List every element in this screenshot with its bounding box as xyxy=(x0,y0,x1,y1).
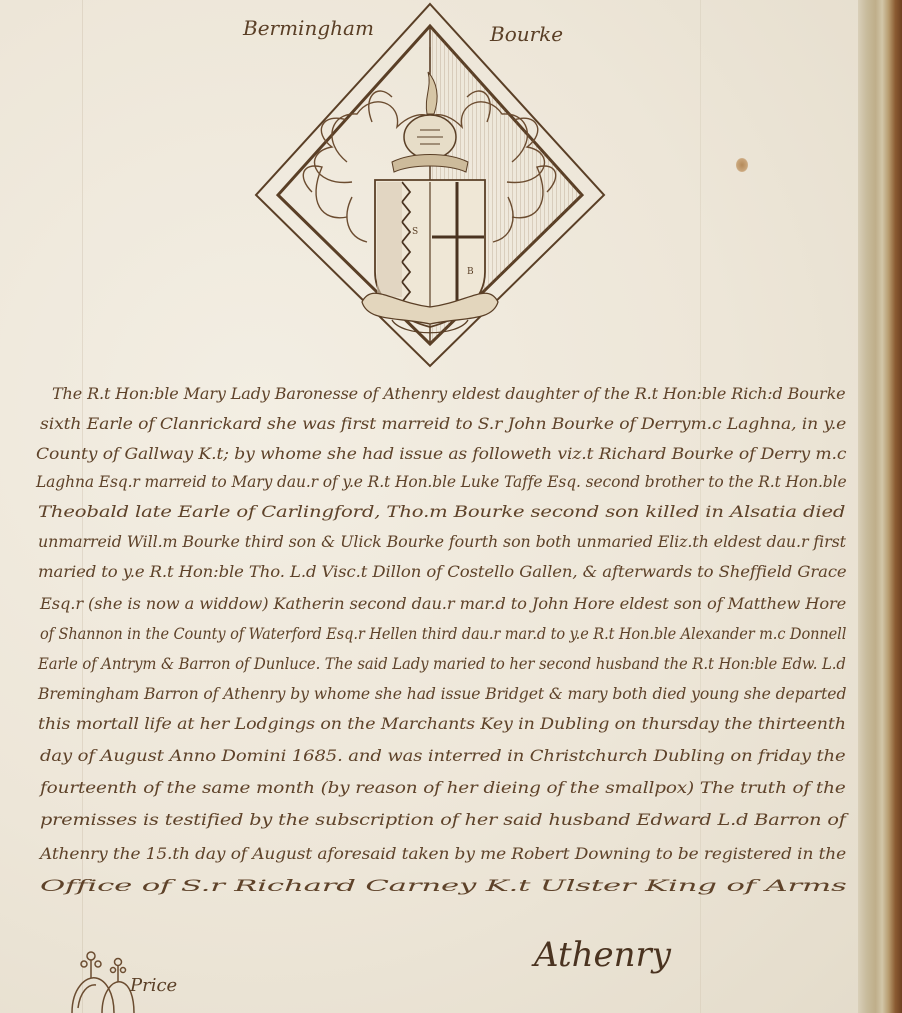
coronet-icon xyxy=(66,948,136,1013)
entry-line: sixth Earle of Clanrickard she was first… xyxy=(40,415,846,433)
entry-line: premisses is testified by the subscripti… xyxy=(40,811,846,829)
signature-athenry: Athenry xyxy=(534,935,671,975)
book-page-edge xyxy=(858,0,902,1013)
manuscript-page: Bermingham Bourke xyxy=(0,0,858,1013)
entry-line: Theobald late Earle of Carlingford, Tho.… xyxy=(38,503,845,521)
entry-line: day of August Anno Domini 1685. and was … xyxy=(40,747,846,765)
paper-stain xyxy=(736,158,748,172)
entry-line: Laghna Esq.r marreid to Mary dau.r of y.… xyxy=(36,473,847,491)
entry-line: Earle of Antrym & Barron of Dunluce. The… xyxy=(38,655,846,673)
entry-line: unmarreid Will.m Bourke third son & Ulic… xyxy=(38,533,846,551)
svg-text:B: B xyxy=(467,267,474,277)
entry-line: this mortall life at her Lodgings on the… xyxy=(38,715,846,733)
entry-line: of Shannon in the County of Waterford Es… xyxy=(40,625,846,643)
entry-line: Athenry the 15.th day of August aforesai… xyxy=(40,845,846,863)
entry-line: maried to y.e R.t Hon:ble Tho. L.d Visc.… xyxy=(38,563,847,581)
entry-line: Bremingham Barron of Athenry by whome sh… xyxy=(38,685,846,703)
entry-line: Office of S.r Richard Carney K.t Ulster … xyxy=(40,877,847,895)
coat-of-arms-icon: S B xyxy=(252,2,608,368)
entry-line: County of Gallway K.t; by whome she had … xyxy=(36,445,846,463)
entry-line: Esq.r (she is now a widdow) Katherin sec… xyxy=(40,595,846,613)
svg-text:S: S xyxy=(412,227,418,237)
painter-note: Price xyxy=(130,975,177,996)
entry-line: The R.t Hon:ble Mary Lady Baronesse of A… xyxy=(52,385,846,403)
entry-line: fourteenth of the same month (by reason … xyxy=(40,779,846,797)
